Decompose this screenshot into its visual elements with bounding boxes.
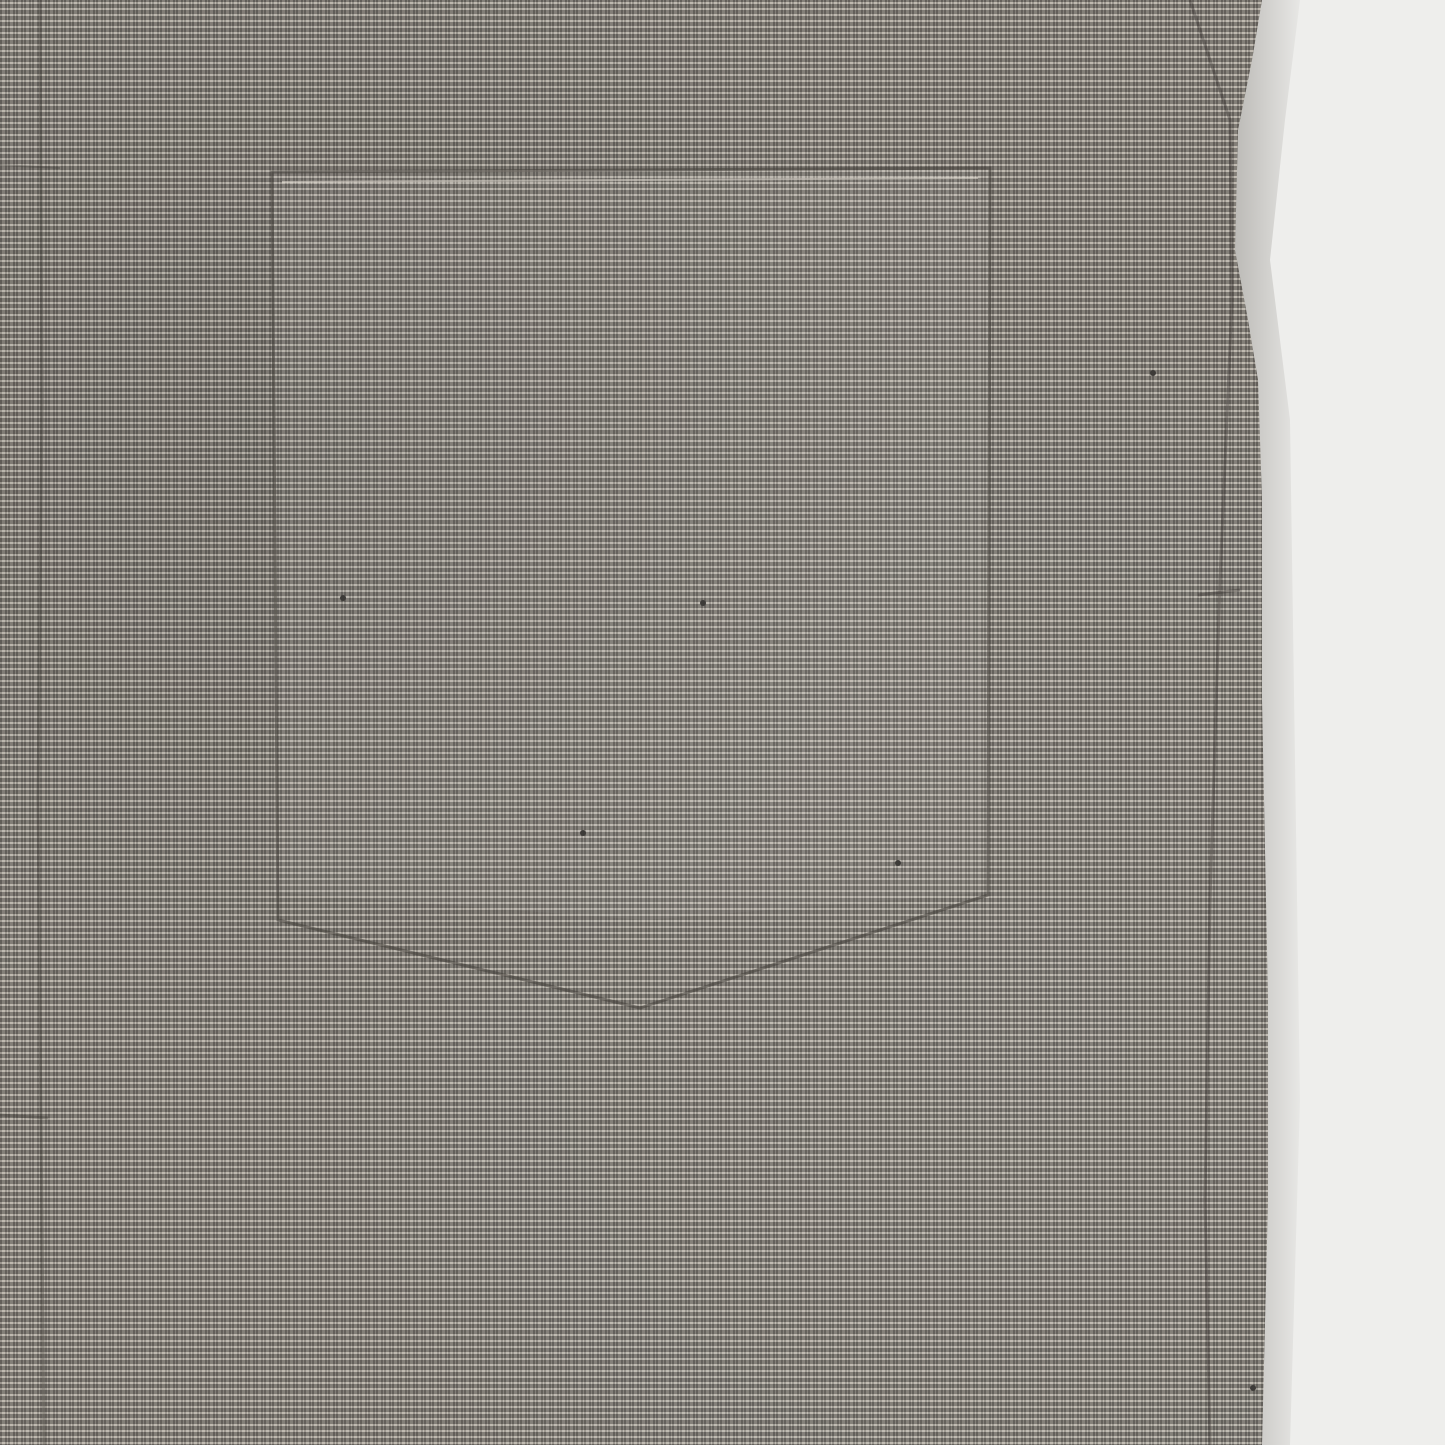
fleck bbox=[580, 830, 586, 836]
side-seam bbox=[1190, 0, 1232, 1445]
fleck bbox=[700, 600, 706, 606]
placket-seam bbox=[38, 0, 44, 1445]
pocket-stitch bbox=[272, 168, 990, 1008]
fleck bbox=[1250, 1385, 1256, 1391]
fleck bbox=[340, 595, 346, 601]
pocket-inner-stitch bbox=[282, 178, 978, 182]
seams bbox=[0, 0, 1445, 1445]
fleck bbox=[895, 860, 901, 866]
fleck bbox=[1150, 370, 1156, 376]
placket-edge bbox=[0, 165, 60, 168]
product-photo bbox=[0, 0, 1445, 1445]
